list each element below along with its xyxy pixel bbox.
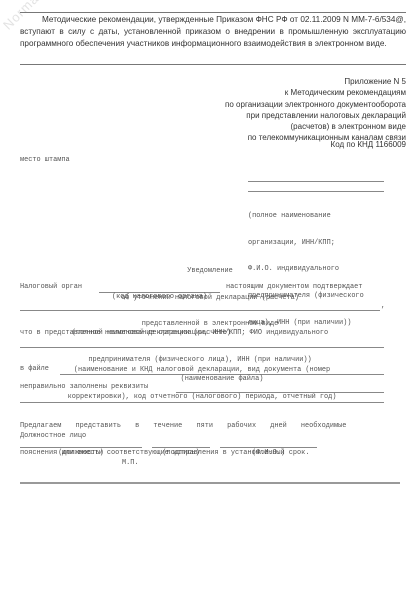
declaration-caption-line: корректировки), код отчетного (налоговог…	[20, 393, 384, 402]
appendix-line: при представлении налоговых деклараций	[166, 110, 406, 121]
appendix-line: к Методическим рекомендациям	[166, 87, 406, 98]
stamp-place-label: место штампа	[20, 156, 70, 165]
position-field[interactable]	[20, 447, 142, 448]
title-line: Уведомление	[0, 267, 420, 276]
seal-label: М.П.	[122, 459, 139, 468]
file-label: в файле	[20, 365, 49, 374]
position-caption: (должность)	[20, 449, 142, 458]
notice-bottom-rule	[20, 64, 406, 65]
tax-authority-suffix: настоящим документом подтверждает	[226, 283, 362, 292]
recipient-line-2[interactable]	[248, 191, 384, 192]
name-field[interactable]	[220, 447, 317, 448]
notice-text: Методические рекомендации, утвержденные …	[20, 14, 406, 51]
appendix-line: (расчетов) в электронном виде	[166, 121, 406, 132]
declaration-intro: что в представленной налоговой деклараци…	[20, 329, 231, 338]
appendix-line: Приложение N 5	[166, 76, 406, 87]
recipient-caption-line: (полное наименование	[248, 212, 364, 221]
recipient-line-1[interactable]	[248, 181, 384, 182]
requisites-label: неправильно заполнены реквизиты	[20, 383, 148, 392]
proposal-rule	[20, 402, 384, 403]
document-page: Normativ.ru Методические рекомендации, у…	[0, 0, 420, 600]
appendix-header: Приложение N 5 к Методическим рекомендац…	[166, 76, 406, 144]
effective-date-notice: Методические рекомендации, утвержденные …	[20, 14, 406, 51]
signature-caption: (подпись)	[152, 449, 210, 458]
proposal-line-1: Предлагаем представить в течение пяти ра…	[20, 422, 384, 431]
knd-code: Код по КНД 1166009	[331, 140, 406, 149]
tax-authority-caption: (код налогового органа)	[99, 293, 220, 302]
signature-field[interactable]	[152, 447, 210, 448]
requisites-field[interactable]	[176, 392, 384, 393]
taxpayer-comma: ,	[381, 302, 385, 311]
appendix-line: по организации электронного документообо…	[166, 99, 406, 110]
document-end-rule	[20, 482, 400, 484]
recipient-caption-line: организации, ИНН/КПП;	[248, 239, 364, 248]
proposal-line-text: Предлагаем представить в течение пяти ра…	[20, 422, 346, 431]
name-caption: (Ф.И.О.)	[220, 449, 317, 458]
official-label: Должностное лицо	[20, 432, 86, 441]
tax-authority-label: Налоговый орган	[20, 283, 82, 292]
notice-top-rule	[20, 12, 406, 13]
